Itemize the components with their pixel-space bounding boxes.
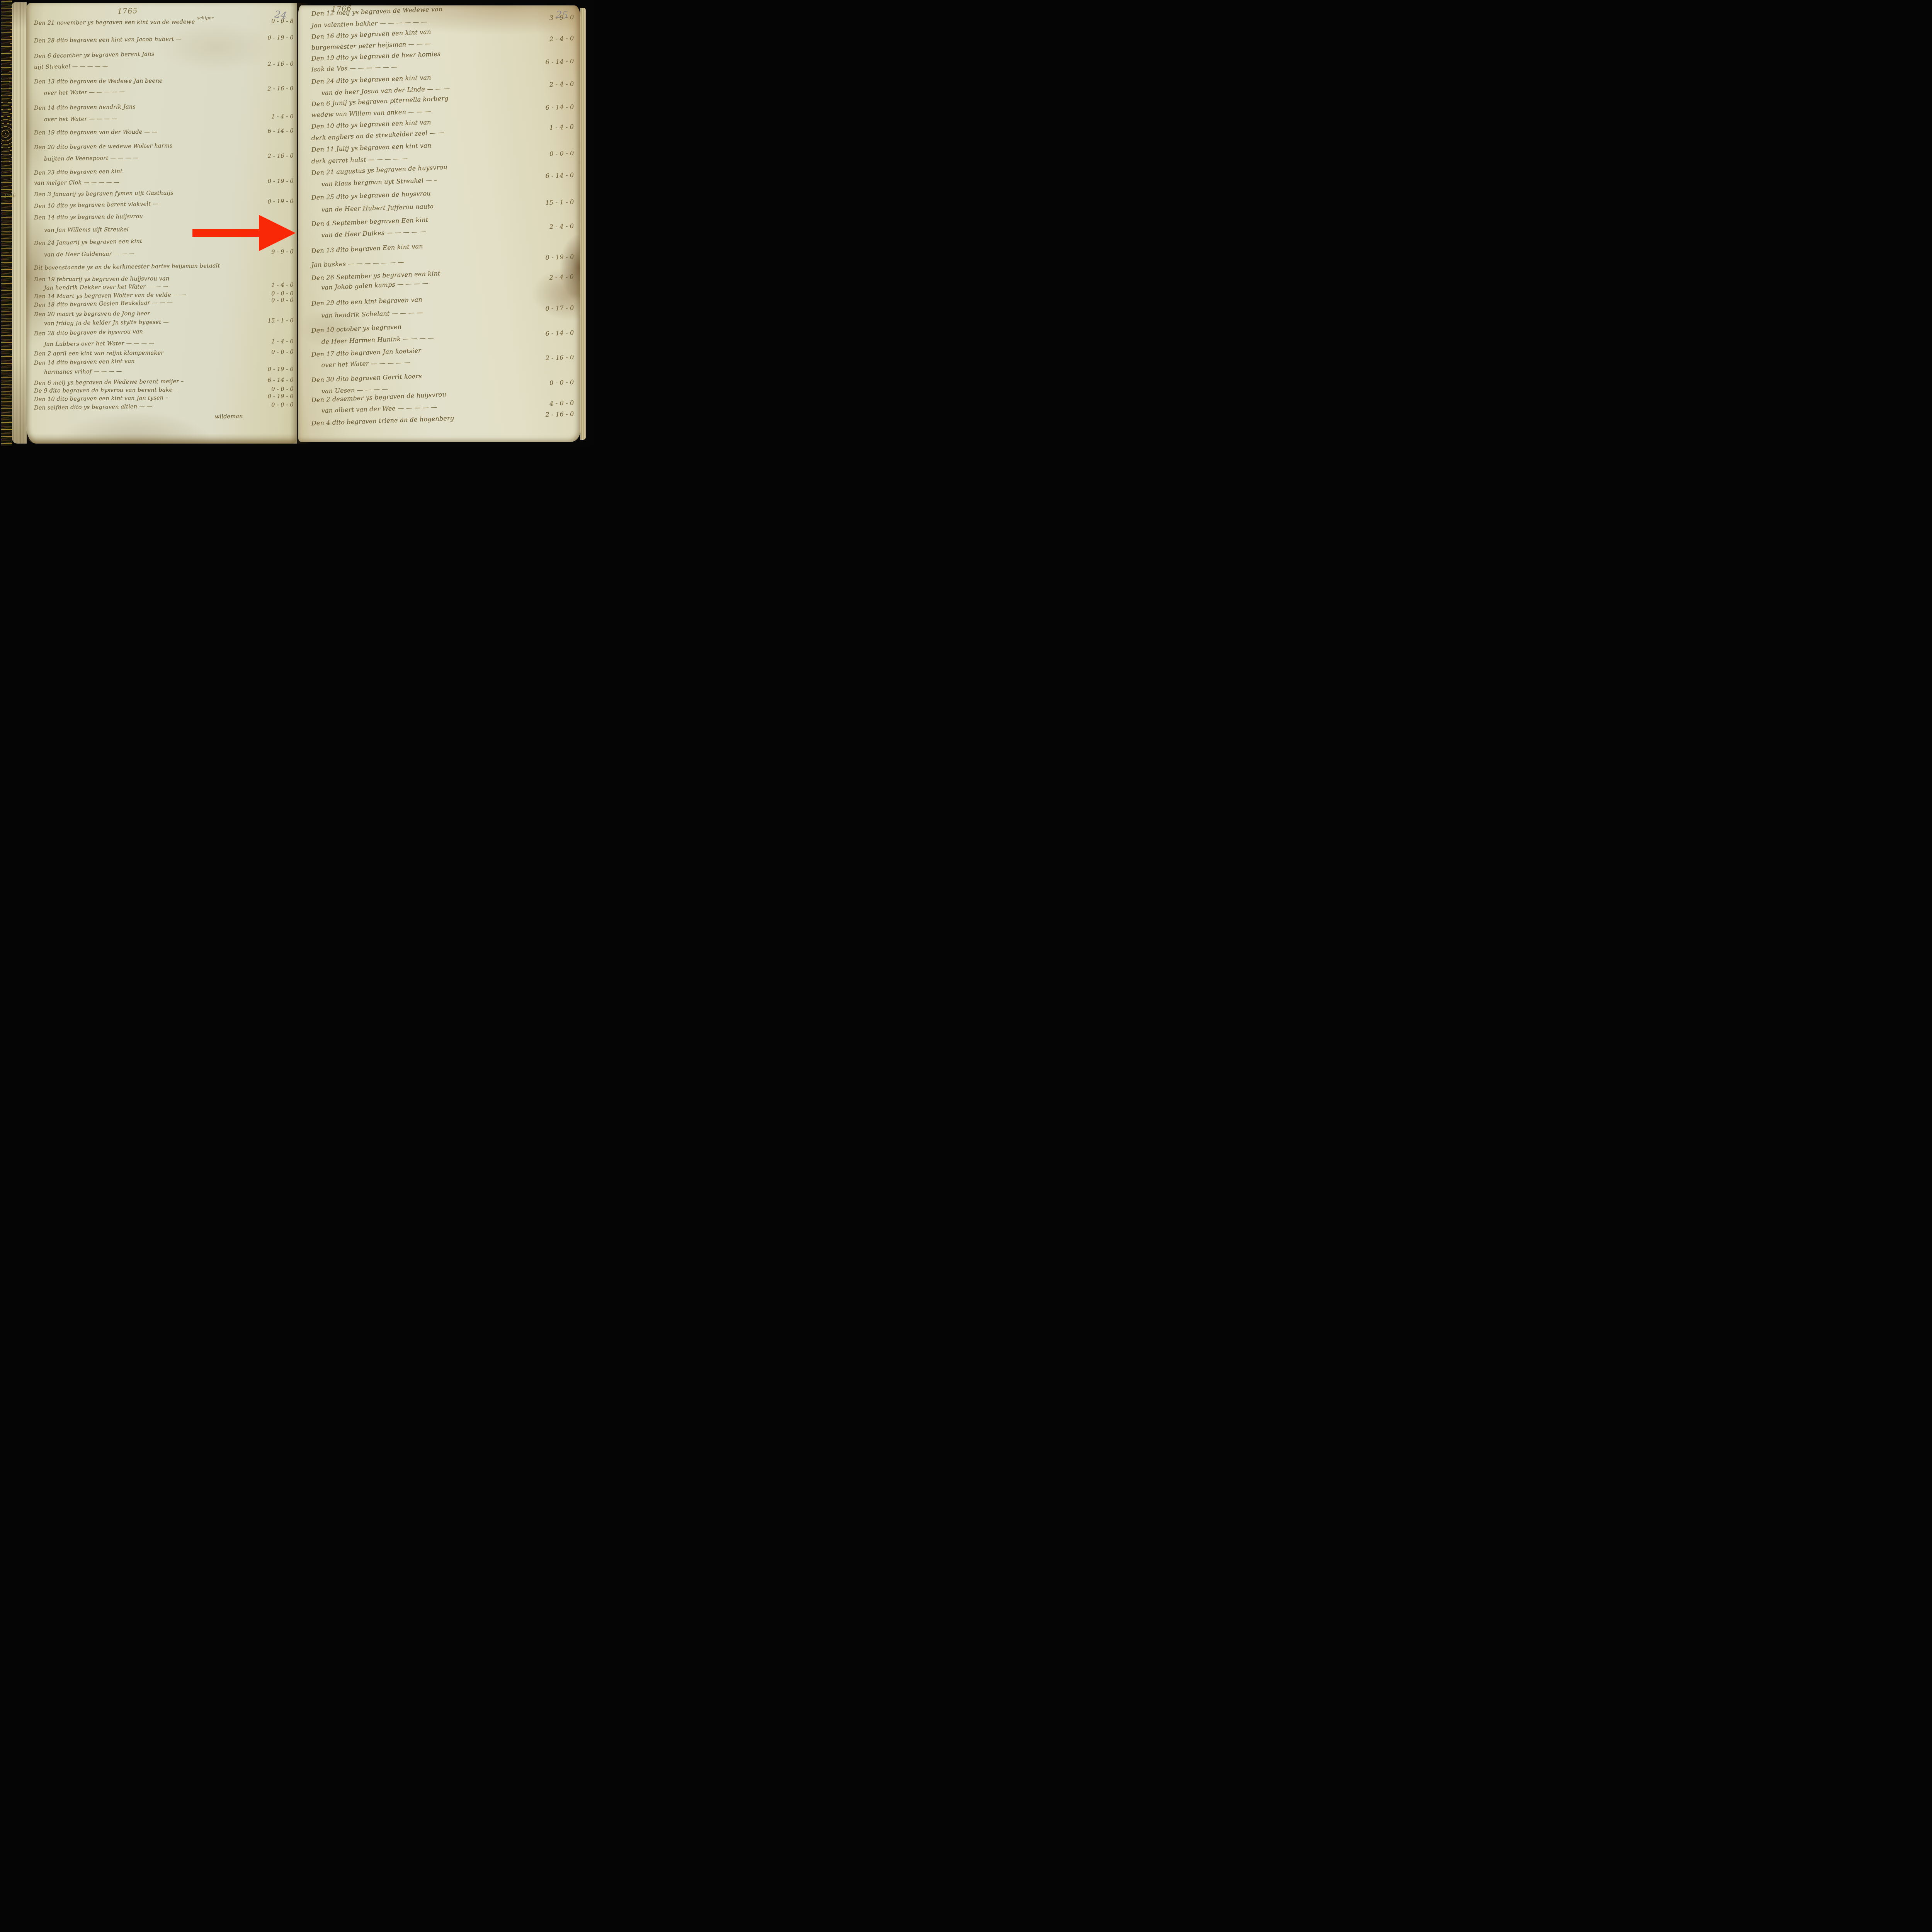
entry-amount: 6 - 14 - 0: [542, 329, 574, 337]
entry-text: van de Heer Guldenaar — — —: [44, 251, 135, 258]
entry-text: harmanes vrihof — — — —: [44, 368, 122, 375]
entry-text: Den 28 dito begraven een kint van Jacob …: [34, 36, 182, 44]
entry-text: Den 6 meij ys begraven de Wedewe berent …: [34, 378, 184, 386]
entry-text: Den 3 Januarij ys begraven fymen uijt Ga…: [34, 190, 173, 198]
left-page-edges: [12, 2, 27, 444]
entry-amount: 0 - 19 - 0: [265, 366, 294, 373]
entry-amount: 2 - 4 - 0: [546, 80, 574, 88]
entry-amount: 0 - 19 - 0: [265, 393, 294, 400]
register-line: uijt Streukel — — — — —2 - 16 - 0: [34, 61, 294, 79]
entry-amount: 6 - 14 - 0: [542, 58, 574, 66]
entry-text: Den 13 dito begraven de Wedewe Jan beene: [34, 78, 163, 85]
entry-amount: 6 - 14 - 0: [542, 171, 574, 180]
entry-amount: 0 - 19 - 0: [265, 35, 294, 41]
entry-amount: 4 - 0 - 0: [546, 399, 574, 407]
margin-year-note: 1766: [4, 193, 16, 199]
entry-amount: 0 - 19 - 0: [542, 253, 574, 262]
entry-list-right: Den 12 meij ys begraven de Wedewe vanJan…: [311, 10, 574, 431]
entry-amount: 2 - 4 - 0: [546, 222, 574, 231]
entry-text: Den 10 dito begraven een kint van Jan ty…: [34, 395, 168, 403]
entry-text: Den selfden dito ys begraven altien — —: [34, 403, 153, 411]
entry-amount: 2 - 4 - 0: [546, 273, 574, 281]
entry-amount: 0 - 0 - 0: [546, 150, 574, 158]
red-arrow-head: [259, 215, 296, 251]
register-line: over het Water — — — —1 - 4 - 0: [34, 114, 294, 130]
book-binding-strip: [1, 0, 12, 446]
entry-amount: 1 - 4 - 0: [546, 123, 574, 131]
entry-amount: 2 - 16 - 0: [542, 354, 574, 362]
entry-text: Den 14 dito begraven hendrik Jans: [34, 104, 136, 111]
red-arrow-shaft: [192, 229, 262, 237]
entry-text: Jan Lubbers over het Water — — — —: [44, 340, 155, 347]
entry-amount: 2 - 16 - 0: [265, 153, 294, 160]
entry-text: over het Water — — — —: [44, 116, 117, 122]
entry-amount: 6 - 14 - 0: [542, 103, 574, 112]
entry-text: Den 14 Maart ys begraven Wolter van de v…: [34, 292, 186, 300]
entry-text: Den 21 november ys begraven een kint van…: [34, 19, 195, 26]
entry-text: Den 19 februarij ys begraven de huijsvro…: [34, 276, 170, 283]
entry-text: Den 23 dito begraven een kint: [34, 168, 123, 176]
book-scan: 1765 24 Den 21 november ys begraven een …: [0, 0, 591, 446]
entry-text: Jan hendrik Dekker over het Water — — —: [44, 284, 168, 291]
entry-text: Den 2 april een kint van reijnt klompema…: [34, 350, 163, 357]
red-arrow-annotation: [192, 215, 296, 251]
entry-amount: 6 - 14 - 0: [265, 128, 294, 134]
entry-text: Den 20 maart ys begraven de Jong heer: [34, 311, 150, 318]
entry-amount: 6 - 14 - 0: [265, 377, 294, 384]
entry-text: van fridag Jn de kelder Jn stylte bygese…: [44, 319, 169, 327]
year-heading-left: 1765: [117, 7, 138, 16]
entry-text: over het Water — — — — —: [44, 88, 125, 96]
right-page-edges: [580, 8, 586, 440]
entry-amount: 15 - 1 - 0: [265, 318, 294, 324]
entry-text: De 9 dito begraven de hysvrou van berent…: [34, 387, 177, 394]
entry-text: Den 12 meij ys begraven de Wedewe van: [311, 5, 442, 17]
register-page-right: 1766 25 Den 12 meij ys begraven de Wedew…: [298, 5, 580, 442]
entry-text: van melger Clok — — — — —: [34, 179, 119, 186]
entry-amount: 0 - 17 - 0: [542, 304, 574, 313]
entry-text: Den 19 dito begraven van der Woude — —: [34, 129, 158, 136]
entry-text: Den 14 dito ys begraven de huijsvrou: [34, 214, 143, 221]
entry-amount: 2 - 16 - 0: [264, 85, 293, 92]
entry-amount: 3 - 9 - 0: [546, 14, 574, 22]
entry-text: buijten de Veenepoort — — — —: [44, 155, 139, 162]
entry-amount: 2 - 4 - 0: [546, 34, 574, 43]
entry-superscript: schiper: [197, 15, 214, 20]
entry-amount: 0 - 19 - 0: [265, 178, 294, 185]
entry-amount: 15 - 1 - 0: [542, 198, 574, 207]
entry-text: wildeman: [215, 413, 243, 420]
entry-text: van Jan Willems uijt Streukel: [44, 226, 129, 233]
entry-amount: 0 - 19 - 0: [264, 198, 293, 205]
entry-amount: 2 - 16 - 0: [542, 410, 574, 418]
entry-text: uijt Streukel — — — — —: [34, 63, 108, 70]
entry-text: Den 20 dito begraven de wedewe Wolter ha…: [34, 143, 173, 151]
entry-amount: 2 - 16 - 0: [265, 61, 294, 68]
